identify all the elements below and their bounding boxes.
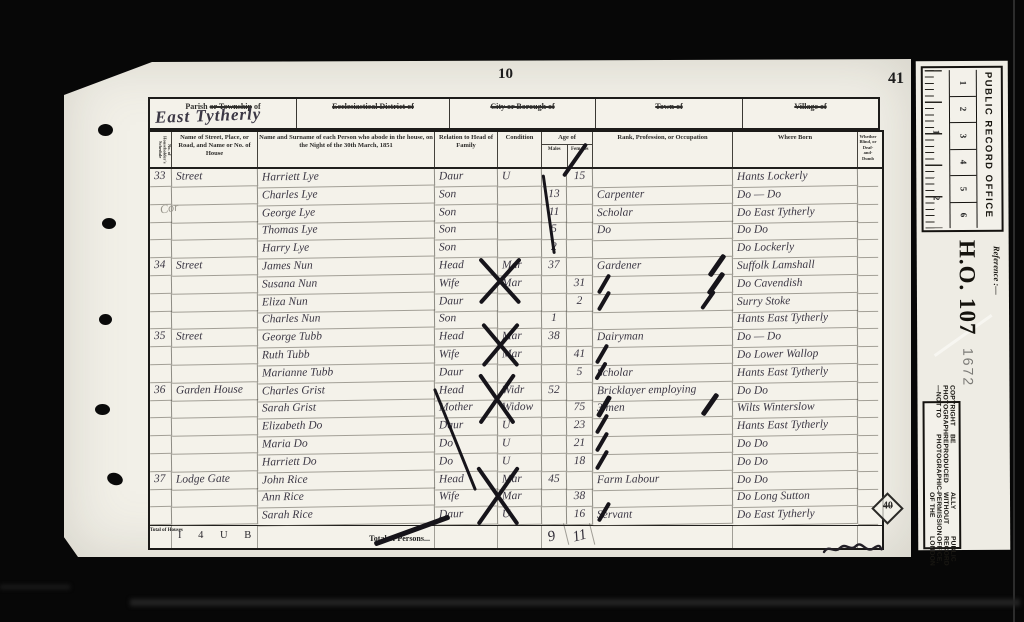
cell-male: 37 bbox=[542, 258, 567, 276]
cell-born: Do Lockerly bbox=[733, 239, 858, 259]
census-table-header: No. of Householder's Schedule Name of St… bbox=[150, 132, 882, 169]
town-label: Town of bbox=[596, 102, 742, 111]
film-page-number: 10 bbox=[498, 66, 513, 83]
cell-condition bbox=[498, 311, 542, 330]
cell-street: Street bbox=[172, 328, 258, 347]
reference-value: H.O. 107 bbox=[954, 240, 980, 336]
cell-blind bbox=[858, 293, 878, 311]
cell-male bbox=[542, 454, 567, 472]
microfilm-frame: 10 41 Parish or Township of East Tytherl… bbox=[0, 0, 1024, 622]
cell-female: 2 bbox=[567, 293, 593, 311]
cell-born: Hants East Tytherly bbox=[733, 364, 858, 384]
cell-street bbox=[172, 239, 258, 258]
cell-sched: 36 bbox=[150, 382, 172, 400]
copyright-line: PUBLIC RECORD OFFICE, LONDON bbox=[928, 536, 956, 566]
ecclesiastical-cell: Ecclesiastical District of bbox=[297, 99, 450, 128]
cell-male: 1 bbox=[542, 311, 567, 329]
cell-street bbox=[172, 400, 258, 419]
cell-blind bbox=[858, 347, 878, 365]
film-edge-line bbox=[1013, 0, 1015, 622]
cell-male bbox=[542, 347, 567, 365]
cell-born: Suffolk Lamshall bbox=[733, 257, 858, 277]
cell-female bbox=[567, 258, 593, 276]
cell-street bbox=[172, 435, 258, 454]
copyright-line: BE REPRODUCED PHOTOGRAPHIC- bbox=[928, 434, 956, 493]
cell-male bbox=[542, 365, 567, 383]
cell-condition bbox=[498, 240, 542, 259]
cell-street bbox=[172, 417, 258, 436]
cell-blind bbox=[858, 276, 878, 294]
cell-born: Do Lower Wallop bbox=[733, 346, 858, 366]
cell-born: Do Do bbox=[733, 453, 858, 473]
cell-female bbox=[567, 240, 593, 258]
cell-male bbox=[542, 293, 567, 311]
cell-male bbox=[542, 489, 567, 507]
pro-ruler: 1 2 123456 PUBLIC RECORD OFFICE bbox=[921, 66, 1004, 232]
punch-hole bbox=[102, 218, 116, 229]
film-smear bbox=[0, 585, 70, 589]
cell-blind bbox=[858, 169, 878, 187]
cell-occupation bbox=[593, 453, 733, 473]
ruler-cm-scale: 123456 bbox=[949, 70, 978, 228]
col-header-age: Age of Males Females bbox=[542, 132, 593, 167]
cell-street bbox=[172, 506, 258, 525]
cell-street: Lodge Gate bbox=[172, 471, 258, 490]
cell-female: 18 bbox=[567, 454, 593, 472]
cell-sched bbox=[150, 507, 172, 525]
cell-blind bbox=[858, 365, 878, 383]
cell-female: 41 bbox=[567, 347, 593, 365]
cell-occupation: Scholar bbox=[593, 364, 733, 384]
cell-street: Street bbox=[172, 257, 258, 276]
folio-number: 41 bbox=[888, 70, 904, 88]
cell-condition: U bbox=[498, 453, 542, 472]
cell-street bbox=[172, 489, 258, 508]
cell-sched bbox=[150, 347, 172, 365]
cell-relation: Daur bbox=[435, 418, 498, 437]
pro-office-name: PUBLIC RECORD OFFICE bbox=[977, 70, 1000, 228]
cm-cell: 3 bbox=[950, 123, 976, 150]
census-table-footer: Total of Houses I 4 U B Total of Persons… bbox=[150, 525, 882, 548]
village-cell: Village of bbox=[743, 99, 878, 128]
cell-male bbox=[542, 436, 567, 454]
pencil-note: Cor bbox=[159, 199, 180, 217]
col-header-blind: Whether Blind, or Deaf-and-Dumb bbox=[858, 132, 878, 167]
cell-female bbox=[567, 311, 593, 329]
ruler-inch-scale: 1 2 bbox=[925, 70, 950, 228]
cell-condition bbox=[498, 222, 542, 241]
cell-blind bbox=[858, 240, 878, 258]
cell-street bbox=[172, 275, 258, 294]
cell-blind bbox=[858, 418, 878, 436]
city-cell: City or Borough of bbox=[450, 99, 596, 128]
cell-condition: U bbox=[498, 418, 542, 437]
city-label: City or Borough of bbox=[450, 102, 595, 111]
reference-label: Reference :— bbox=[992, 246, 1002, 295]
cell-sched bbox=[150, 276, 172, 294]
cm-cell: 2 bbox=[950, 96, 976, 123]
cell-male: 52 bbox=[542, 382, 567, 400]
cell-occupation: Servant bbox=[593, 506, 733, 526]
cell-born: Hants Lockerly bbox=[733, 168, 858, 188]
cell-sched: 37 bbox=[150, 471, 172, 489]
total-houses-value: I 4 U B bbox=[172, 526, 258, 548]
col-header-condition: Condition bbox=[498, 132, 542, 167]
cell-sched bbox=[150, 454, 172, 472]
punch-hole bbox=[98, 124, 113, 136]
cell-condition bbox=[498, 204, 542, 223]
parish-cell: Parish or Township of East Tytherly bbox=[150, 99, 297, 128]
inch-number: 2 bbox=[932, 196, 942, 201]
cell-born: Do Cavendish bbox=[733, 275, 858, 295]
cell-street bbox=[172, 186, 258, 205]
copyright-notice: COPYRIGHT PHOTOGRAPH—NOT TOBE REPRODUCED… bbox=[923, 401, 962, 549]
punch-hole bbox=[99, 314, 112, 325]
village-label: Village of bbox=[743, 102, 878, 111]
ecclesiastical-label: Ecclesiastical District of bbox=[297, 102, 449, 111]
cell-sched bbox=[150, 436, 172, 454]
cell-sched bbox=[150, 418, 172, 436]
cell-sched: 33 bbox=[150, 169, 172, 187]
col-header-occupation: Rank, Profession, or Occupation bbox=[593, 132, 733, 167]
cell-relation: Son bbox=[435, 311, 498, 330]
cell-name: Sarah Rice bbox=[258, 506, 435, 527]
cell-male: 45 bbox=[542, 471, 567, 489]
cell-blind bbox=[858, 204, 878, 222]
cell-street: Garden House bbox=[172, 382, 258, 401]
cell-street: Street bbox=[172, 168, 258, 187]
cell-born: Do Do bbox=[733, 435, 858, 455]
cell-condition: U bbox=[498, 436, 542, 455]
cell-street bbox=[172, 311, 258, 330]
cell-female: 31 bbox=[567, 276, 593, 294]
cell-female: 15 bbox=[567, 169, 593, 187]
census-table: No. of Householder's Schedule Name of St… bbox=[148, 130, 884, 550]
cell-blind bbox=[858, 311, 878, 329]
total-males: 9 bbox=[540, 523, 570, 550]
cell-condition: U bbox=[498, 169, 542, 188]
handwritten-annotation bbox=[822, 541, 884, 557]
col-header-males: Males bbox=[542, 145, 568, 167]
cell-female: 23 bbox=[567, 418, 593, 436]
cell-relation: Son bbox=[435, 222, 498, 241]
cell-blind bbox=[858, 258, 878, 276]
total-houses-label: Total of Houses bbox=[150, 526, 172, 548]
cell-relation: Son bbox=[435, 240, 498, 259]
cm-cell: 1 bbox=[950, 70, 976, 97]
cell-relation: Daur bbox=[435, 168, 498, 187]
cell-female bbox=[567, 382, 593, 400]
cell-blind bbox=[858, 436, 878, 454]
cm-cell: 6 bbox=[950, 202, 976, 228]
cell-street bbox=[172, 222, 258, 241]
cell-born: Hants East Tytherly bbox=[733, 417, 858, 437]
cell-female bbox=[567, 187, 593, 205]
cell-female: 5 bbox=[567, 365, 593, 383]
cell-occupation bbox=[593, 435, 733, 455]
col-header-street: Name of Street, Place, or Road, and Name… bbox=[172, 132, 258, 167]
cell-blind bbox=[858, 329, 878, 347]
copyright-line: ALLY WITHOUT PERMISSION OF THE bbox=[928, 492, 956, 536]
cell-female: 21 bbox=[567, 436, 593, 454]
cell-male bbox=[542, 400, 567, 418]
cell-blind bbox=[858, 187, 878, 205]
cell-sched: 34 bbox=[150, 258, 172, 276]
col-header-name: Name and Surname of each Person who abod… bbox=[258, 132, 435, 167]
cell-male: 11 bbox=[542, 204, 567, 222]
cell-blind bbox=[858, 454, 878, 472]
col-header-born: Where Born bbox=[733, 132, 858, 167]
cell-male bbox=[542, 276, 567, 294]
cell-street bbox=[172, 293, 258, 312]
reference-area: Reference :— H.O. 107 1672 bbox=[922, 238, 1005, 396]
cell-blind bbox=[858, 382, 878, 400]
col-header-schedule: No. of Householder's Schedule bbox=[150, 132, 172, 167]
pro-label-strip: 1 2 123456 PUBLIC RECORD OFFICE Referenc… bbox=[916, 61, 1011, 550]
cell-blind bbox=[858, 471, 878, 489]
col-header-relation: Relation to Head of Family bbox=[435, 132, 498, 167]
cell-born: Do East Tytherly bbox=[733, 506, 858, 526]
cell-relation: Daur bbox=[435, 364, 498, 383]
cell-male: 5 bbox=[542, 222, 567, 240]
cell-female: 38 bbox=[567, 489, 593, 507]
inch-number: 1 bbox=[931, 130, 941, 135]
cell-sched bbox=[150, 222, 172, 240]
cell-street bbox=[172, 346, 258, 365]
cell-born: Do — Do bbox=[733, 328, 858, 348]
cell-condition bbox=[498, 364, 542, 383]
cell-sched bbox=[150, 400, 172, 418]
cell-street bbox=[172, 204, 258, 223]
cell-blind bbox=[858, 222, 878, 240]
cell-relation: Son bbox=[435, 204, 498, 223]
cell-occupation: Carpenter bbox=[593, 186, 733, 206]
cell-male: 38 bbox=[542, 329, 567, 347]
cell-relation: Do bbox=[435, 435, 498, 454]
cell-occupation bbox=[593, 346, 733, 366]
cell-sched: 35 bbox=[150, 329, 172, 347]
cell-street bbox=[172, 453, 258, 472]
cell-female bbox=[567, 204, 593, 222]
punch-hole bbox=[95, 404, 110, 415]
cell-occupation bbox=[593, 168, 733, 188]
cell-male bbox=[542, 418, 567, 436]
cm-cell: 4 bbox=[950, 149, 976, 176]
place-header-band: Parish or Township of East Tytherly Eccl… bbox=[148, 97, 880, 130]
cell-sched bbox=[150, 489, 172, 507]
piece-number-stamp: 1672 bbox=[960, 348, 976, 387]
cell-sched bbox=[150, 311, 172, 329]
cell-street bbox=[172, 364, 258, 383]
town-cell: Town of bbox=[596, 99, 743, 128]
film-smear bbox=[130, 599, 1020, 606]
cell-sched bbox=[150, 293, 172, 311]
parish-value-handwritten: East Tytherly bbox=[155, 104, 262, 128]
cell-blind bbox=[858, 400, 878, 418]
cell-relation: Son bbox=[435, 186, 498, 205]
cell-female bbox=[567, 329, 593, 347]
cm-cell: 5 bbox=[950, 176, 976, 203]
cell-born: Do — Do bbox=[733, 186, 858, 206]
cell-condition bbox=[498, 186, 542, 205]
cell-female bbox=[567, 471, 593, 489]
cell-sched bbox=[150, 365, 172, 383]
cell-condition: U bbox=[498, 507, 542, 526]
total-females: 11 bbox=[565, 523, 596, 551]
cell-female: 75 bbox=[567, 400, 593, 418]
cell-female bbox=[567, 222, 593, 240]
cell-sched bbox=[150, 240, 172, 258]
